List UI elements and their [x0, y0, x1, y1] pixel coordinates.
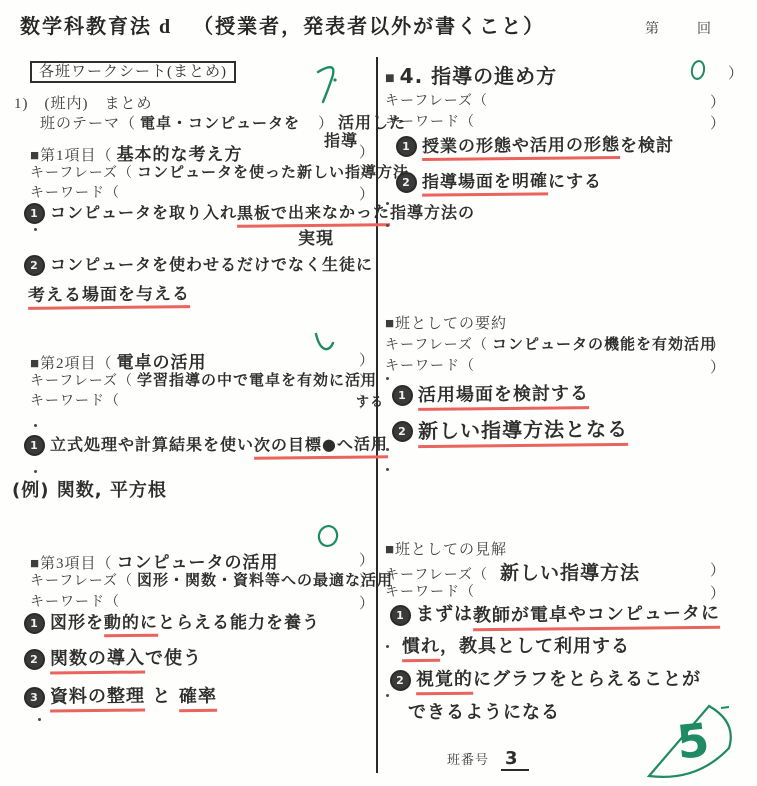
session-counter-prefix: 第: [645, 18, 660, 38]
keyword-label: キーワード（: [385, 359, 475, 374]
circled-number-icon: 2: [390, 670, 411, 691]
note-text: と: [145, 686, 179, 707]
form-dot: [386, 645, 389, 648]
note-text-underlined: 授業の形態や活用の形態: [422, 130, 620, 161]
note-text: 指導方法の: [390, 203, 475, 222]
paren-close: ）: [710, 334, 725, 355]
note-line: 1まずは教師が電卓やコンピュータに: [390, 600, 720, 630]
paren-close: ）: [359, 370, 374, 391]
paren-close: ）: [710, 112, 725, 133]
note-text: にする: [548, 172, 602, 192]
note-line: 2視覚的にグラフをとらえることが: [390, 665, 701, 695]
circled-number-icon: 2: [24, 649, 45, 670]
paren-close: ）: [359, 549, 374, 570]
note-text: を検討: [620, 136, 674, 156]
note-text-underlined: 確率: [178, 682, 216, 712]
note-line: 2新しい指導方法となる: [392, 414, 628, 447]
note-line: 2関数の導入で使う: [24, 644, 202, 674]
circled-number-icon: 1: [392, 385, 413, 406]
paren-close: ）: [359, 391, 374, 412]
note-line: 2コンピュータを使わせるだけでなく生徒に: [24, 252, 373, 276]
section2-keyphrase-value: 学習指導の中で電卓を有効に活用: [137, 371, 377, 389]
note-wrap-text: 実現: [298, 224, 334, 249]
circled-number-icon: 1: [24, 435, 45, 456]
keyword-label: キーワード（: [30, 186, 120, 201]
scanned-worksheet: 数学科教育法 d （授業者，発表者以外が書くこと） 第 回 各班ワークシート(ま…: [0, 0, 757, 786]
course-title-text: 数学科教育法 d: [20, 16, 172, 38]
paren-close: ）: [359, 162, 374, 183]
section4-title: 4. 指導の進め方: [400, 64, 557, 88]
circled-number-icon: 1: [24, 203, 45, 224]
note-text: 立式処理や計算結果を使い: [50, 435, 254, 454]
paren-close: ）: [710, 559, 725, 580]
form-dot: [34, 470, 37, 473]
course-title: 数学科教育法 d （授業者，発表者以外が書くこと）: [20, 10, 545, 39]
keyphrase-label: キーフレーズ（: [385, 94, 488, 109]
note-line: 考える場面を与える: [28, 280, 190, 309]
circled-number-icon: 1: [24, 613, 45, 634]
worksheet-box-title: 各班ワークシート(まとめ): [30, 61, 236, 83]
section3-keyphrase-value: 図形・関数・資料等への最適な活用: [137, 571, 393, 589]
summary-keyphrase-value: コンピュータの機能を有効活用: [492, 335, 716, 353]
paren-close: ）: [359, 141, 374, 162]
paren-close: ）: [728, 62, 744, 83]
group-number-label: 班番号: [447, 752, 489, 767]
summary-keyword-row: キーワード（ ）: [385, 355, 725, 375]
note-text-underlined: 視覚的: [416, 665, 473, 696]
paren-close: ）: [710, 91, 725, 112]
grader-check-icon: [312, 60, 350, 110]
circled-number-icon: 2: [392, 421, 413, 442]
note-text: で使う: [145, 648, 202, 669]
paren-close: ）: [359, 592, 374, 613]
worksheet-box: 各班ワークシート(まとめ): [30, 60, 236, 81]
theme-label: 班のテーマ（: [40, 116, 136, 132]
keyword-label: キーワード（: [30, 394, 120, 409]
form-dot: [38, 718, 41, 721]
circled-number-icon: 2: [396, 172, 417, 193]
section4-keyphrase-row: キーフレーズ（ ）: [385, 90, 725, 110]
note-line: 1立式処理や計算結果を使い次の目標●へ活用: [24, 432, 388, 459]
circled-number-icon: 2: [24, 255, 45, 276]
grade-value: 5: [674, 712, 711, 769]
note-text-underlined: 指導場面を明確: [422, 166, 548, 196]
section4-keyword-row: キーワード（ ）: [385, 111, 725, 131]
note-text: できるようになる: [408, 702, 560, 723]
paren-close: ）: [359, 349, 374, 370]
note-text: まずは: [416, 604, 473, 625]
note-text-underlined: 新しい指導方法となる: [418, 413, 628, 448]
note-line: 2指導場面を明確にする: [396, 167, 602, 196]
section4-heading-row: ■ 4. 指導の進め方: [385, 60, 557, 89]
circled-number-icon: 1: [390, 605, 411, 626]
group-number-value: 3: [501, 748, 529, 771]
note-line: 慣れ，教具として利用する: [402, 632, 630, 662]
keyword-label: キーワード（: [385, 115, 475, 130]
note-line: 1活用場面を検討する: [392, 380, 589, 410]
note-text: にグラフをとらえることが: [473, 669, 701, 690]
note-text-underlined: 活用場面を検討する: [418, 379, 589, 411]
section2-keyword-row: キーワード（ ）: [30, 390, 374, 410]
section2-keyphrase-row: キーフレーズ（ 学習指導の中で電卓を有効に活用 ）: [30, 369, 374, 390]
example-line: (例) 関数, 平方根: [12, 476, 167, 502]
summary-heading: ■班としての要約: [385, 312, 507, 333]
theme-value: 電卓・コンピュータを: [140, 114, 300, 132]
note-text: ，教具として利用する: [440, 636, 630, 657]
group-number-row: 班番号 3: [447, 748, 529, 769]
note-text-underlined: 資料の整理: [50, 682, 145, 713]
note-line: 1コンピュータを取り入れ黒板で出来なかった指導方法の: [24, 200, 475, 227]
note-text: コンピュータを取り入れ: [50, 203, 237, 222]
circled-number-icon: 1: [396, 136, 417, 157]
paren-close: ）: [359, 570, 374, 591]
note-line: 1図形を動的にとらえる能力を養う: [24, 608, 320, 637]
section3-keyphrase-row: キーフレーズ（ 図形・関数・資料等への最適な活用 ）: [30, 569, 374, 590]
form-dot: [386, 448, 389, 451]
note-text: とらえる能力を養う: [158, 613, 320, 633]
form-dot: [386, 468, 389, 471]
keyphrase-label: キーフレーズ（: [30, 574, 133, 589]
note-text-underlined: 教師が電卓やコンピュータに: [473, 599, 720, 632]
form-dot: [34, 424, 37, 427]
note-text-underlined: 動的に: [104, 608, 158, 638]
form-dot: [386, 224, 389, 227]
note-text-underlined: 慣れ: [402, 632, 440, 662]
note-text-underlined: 考える場面を与える: [28, 279, 190, 310]
note-text: コンピュータを使わせるだけでなく生徒に: [50, 255, 373, 274]
note-line: 1授業の形態や活用の形態を検討: [396, 131, 674, 160]
grade-mark: 5: [635, 698, 753, 784]
form-dot: [386, 694, 389, 697]
session-counter-suffix: 回: [697, 18, 712, 38]
form-dot: [34, 228, 37, 231]
keyphrase-label: キーフレーズ（: [385, 338, 488, 353]
instruction-note: （授業者，発表者以外が書くこと）: [193, 16, 545, 38]
opinion-heading: ■班としての見解: [385, 538, 507, 559]
note-line: 3資料の整理 と 確率: [24, 682, 217, 712]
paren-close: ）: [710, 356, 725, 377]
summary-keyphrase-row: キーフレーズ（ コンピュータの機能を有効活用 ）: [385, 333, 725, 354]
section1-keyphrase-row: キーフレーズ（ コンピュータを使った新しい指導方法 ）: [30, 161, 374, 182]
note-text-underlined: 次の目標●へ活用: [254, 431, 388, 459]
keyphrase-label: キーフレーズ（: [30, 374, 133, 389]
circled-number-icon: 3: [24, 687, 45, 708]
note-text-underlined: 関数の導入: [50, 644, 145, 675]
form-dot: [386, 377, 389, 380]
note-text: 図形を: [50, 613, 104, 633]
opinion-keyword-row: キーワード（ ）: [385, 581, 725, 601]
keyword-label: キーワード（: [385, 585, 475, 600]
section4-bullet: ■: [385, 70, 396, 87]
note-line: できるようになる: [408, 698, 560, 724]
keyphrase-label: キーフレーズ（: [30, 166, 133, 181]
grader-circle-icon: [314, 524, 342, 548]
grader-oval-icon: [688, 56, 708, 84]
form-dot: [386, 202, 389, 205]
